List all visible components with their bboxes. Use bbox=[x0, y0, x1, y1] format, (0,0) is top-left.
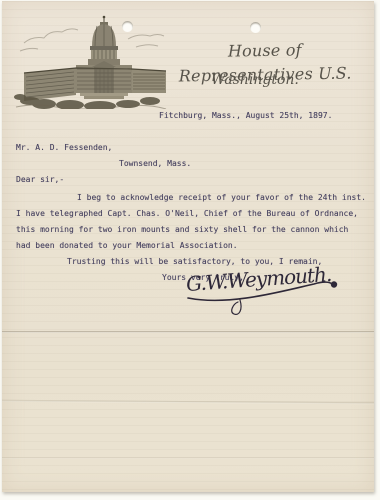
fold-crease bbox=[2, 331, 374, 333]
letter-paper: House of Representatives U.S. Washington… bbox=[2, 1, 374, 492]
capitol-dome bbox=[88, 16, 120, 65]
signature-flourish-icon bbox=[174, 262, 350, 318]
body-line: this morning for two iron mounts and six… bbox=[16, 225, 348, 235]
punch-hole-icon bbox=[250, 22, 261, 33]
fold-crease bbox=[2, 400, 374, 405]
dateline: Fitchburg, Mass., August 25th, 1897. bbox=[159, 111, 332, 121]
body-line: I have telegraphed Capt. Chas. O'Neil, C… bbox=[16, 209, 358, 219]
letterhead-city: Washington. bbox=[160, 71, 350, 89]
capitol-engraving-icon bbox=[10, 13, 172, 109]
fold-crease bbox=[2, 457, 374, 459]
body-line: had been donated to your Memorial Associ… bbox=[16, 241, 238, 251]
salutation: Dear sir,- bbox=[16, 175, 64, 185]
capitol-building-body bbox=[24, 61, 166, 101]
recipient-address: Townsend, Mass. bbox=[119, 159, 191, 169]
recipient-name: Mr. A. D. Fessenden, bbox=[16, 143, 112, 153]
signature-block: G.W.Weymouth. bbox=[174, 262, 350, 318]
body-line: I beg to acknowledge receipt of your fav… bbox=[77, 193, 366, 203]
